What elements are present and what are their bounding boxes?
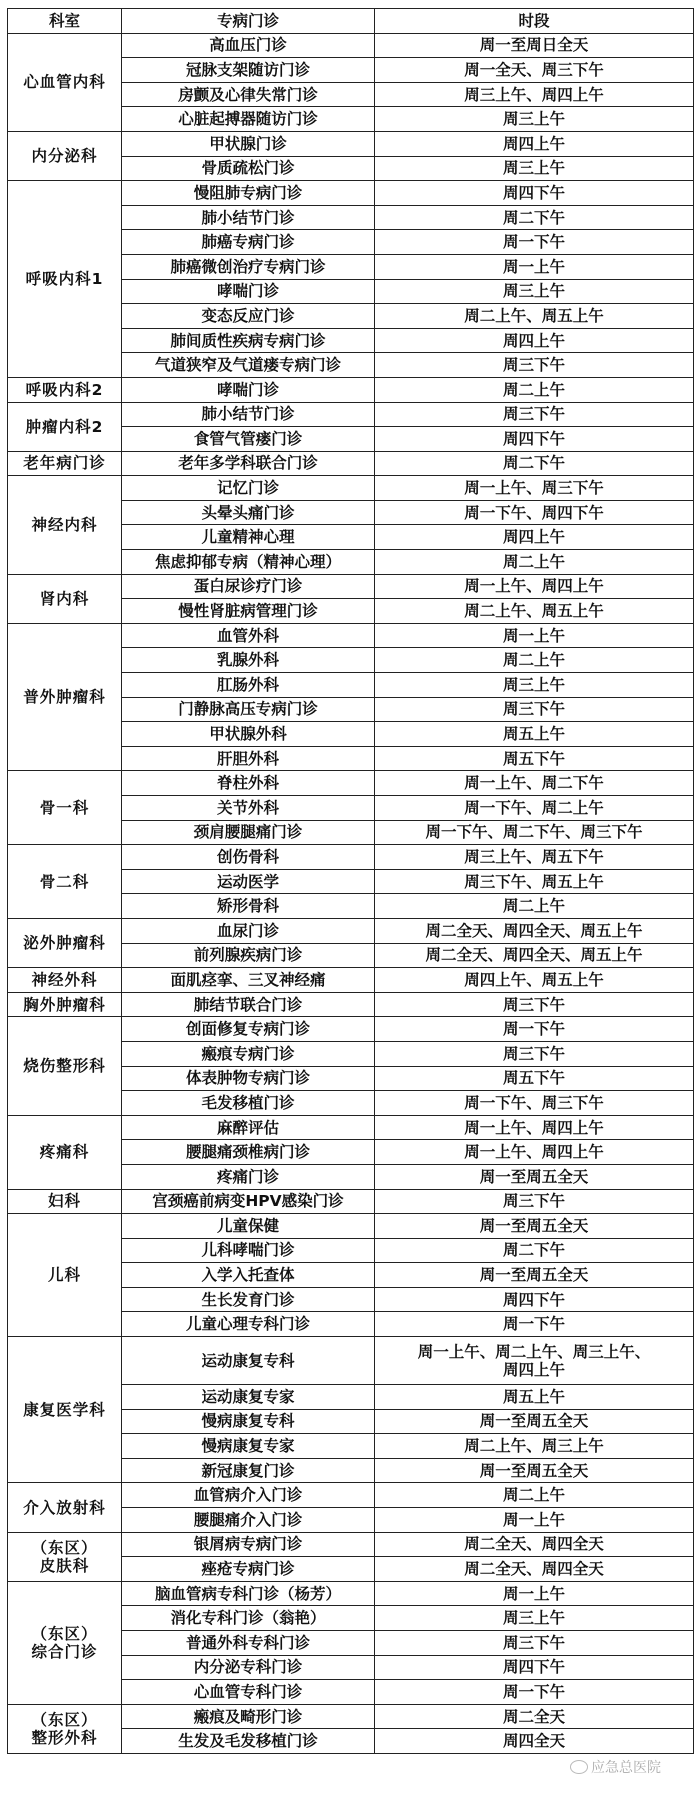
department-cell: 儿科 <box>8 1214 122 1337</box>
time-cell: 周一至周五全天 <box>375 1214 694 1239</box>
time-cell: 周一下午、周二下午、周三下午 <box>375 820 694 845</box>
table-row: 介入放射科血管病介入门诊周二上午 <box>8 1483 694 1508</box>
clinic-cell: 肺结节联合门诊 <box>122 992 375 1017</box>
clinic-schedule-table: 科室 专病门诊 时段 心血管内科高血压门诊周一至周日全天冠脉支架随访门诊周一全天… <box>7 8 694 1754</box>
table-row: 烧伤整形科创面修复专病门诊周一下午 <box>8 1017 694 1042</box>
clinic-cell: 矫形骨科 <box>122 894 375 919</box>
clinic-cell: 生发及毛发移植门诊 <box>122 1729 375 1754</box>
department-cell: 肾内科 <box>8 574 122 623</box>
clinic-cell: 颈肩腰腿痛门诊 <box>122 820 375 845</box>
clinic-cell: 儿科哮喘门诊 <box>122 1238 375 1263</box>
header-department: 科室 <box>8 9 122 34</box>
clinic-cell: 乳腺外科 <box>122 648 375 673</box>
clinic-cell: 新冠康复门诊 <box>122 1458 375 1483</box>
clinic-cell: 食管气管瘘门诊 <box>122 427 375 452</box>
time-cell: 周三下午 <box>375 353 694 378</box>
department-cell: 内分泌科 <box>8 131 122 180</box>
time-cell: 周一下午、周四下午 <box>375 500 694 525</box>
time-cell: 周二上午 <box>375 1483 694 1508</box>
clinic-cell: 高血压门诊 <box>122 33 375 58</box>
table-body: 心血管内科高血压门诊周一至周日全天冠脉支架随访门诊周一全天、周三下午房颤及心律失… <box>8 33 694 1753</box>
time-cell: 周五上午 <box>375 722 694 747</box>
department-cell: 康复医学科 <box>8 1337 122 1483</box>
department-cell: 疼痛科 <box>8 1115 122 1189</box>
department-cell: 介入放射科 <box>8 1483 122 1532</box>
table-row: 骨二科创伤骨科周三上午、周五下午 <box>8 845 694 870</box>
time-cell: 周二上午、周五上午 <box>375 304 694 329</box>
table-row: 骨一科脊柱外科周一上午、周二下午 <box>8 771 694 796</box>
time-cell: 周三上午 <box>375 156 694 181</box>
table-row: 普外肿瘤科血管外科周一上午 <box>8 623 694 648</box>
time-cell: 周四上午、周五上午 <box>375 968 694 993</box>
time-cell: 周五上午 <box>375 1385 694 1410</box>
time-cell: 周一下午 <box>375 230 694 255</box>
clinic-cell: 瘢痕及畸形门诊 <box>122 1704 375 1729</box>
clinic-cell: 慢病康复专家 <box>122 1434 375 1459</box>
header-clinic: 专病门诊 <box>122 9 375 34</box>
time-cell: 周二上午、周三上午 <box>375 1434 694 1459</box>
table-row: 神经内科记忆门诊周一上午、周三下午 <box>8 476 694 501</box>
time-cell: 周二全天、周四全天 <box>375 1557 694 1582</box>
time-cell: 周一上午、周四上午 <box>375 574 694 599</box>
time-cell: 周一上午、周四上午 <box>375 1115 694 1140</box>
clinic-cell: 儿童精神心理 <box>122 525 375 550</box>
clinic-cell: 肝胆外科 <box>122 746 375 771</box>
time-cell: 周一至周五全天 <box>375 1164 694 1189</box>
clinic-cell: 毛发移植门诊 <box>122 1091 375 1116</box>
clinic-cell: 宫颈癌前病变HPV感染门诊 <box>122 1189 375 1214</box>
clinic-cell: 肺癌专病门诊 <box>122 230 375 255</box>
time-cell: 周三上午、周五下午 <box>375 845 694 870</box>
table-row: 妇科宫颈癌前病变HPV感染门诊周三下午 <box>8 1189 694 1214</box>
time-cell: 周一上午、周三下午 <box>375 476 694 501</box>
time-cell: 周四下午 <box>375 1287 694 1312</box>
clinic-cell: 哮喘门诊 <box>122 377 375 402</box>
time-cell: 周四上午 <box>375 328 694 353</box>
department-cell: （东区）综合门诊 <box>8 1581 122 1704</box>
time-cell: 周二上午 <box>375 550 694 575</box>
clinic-cell: 痤疮专病门诊 <box>122 1557 375 1582</box>
clinic-cell: 血管病介入门诊 <box>122 1483 375 1508</box>
clinic-cell: 肛肠外科 <box>122 673 375 698</box>
time-cell: 周一全天、周三下午 <box>375 58 694 83</box>
time-cell: 周一上午、周二上午、周三上午、周四上午 <box>375 1337 694 1385</box>
time-cell: 周二上午 <box>375 894 694 919</box>
clinic-cell: 运动康复专家 <box>122 1385 375 1410</box>
department-cell: 呼吸内科2 <box>8 377 122 402</box>
time-cell: 周五下午 <box>375 1066 694 1091</box>
clinic-cell: 体表肿物专病门诊 <box>122 1066 375 1091</box>
clinic-cell: 骨质疏松门诊 <box>122 156 375 181</box>
time-cell: 周二上午 <box>375 377 694 402</box>
table-row: 肿瘤内科2肺小结节门诊周三下午 <box>8 402 694 427</box>
time-cell: 周一至周日全天 <box>375 33 694 58</box>
time-cell: 周三下午 <box>375 697 694 722</box>
watermark: 应急总医院 <box>570 1757 661 1777</box>
time-cell: 周三上午 <box>375 279 694 304</box>
clinic-cell: 消化专科门诊（翁艳） <box>122 1606 375 1631</box>
time-cell: 周一下午 <box>375 1017 694 1042</box>
clinic-cell: 哮喘门诊 <box>122 279 375 304</box>
department-cell: 肿瘤内科2 <box>8 402 122 451</box>
department-cell: 呼吸内科1 <box>8 181 122 378</box>
time-cell: 周二下午 <box>375 205 694 230</box>
clinic-cell: 心脏起搏器随访门诊 <box>122 107 375 132</box>
table-row: 康复医学科运动康复专科周一上午、周二上午、周三上午、周四上午 <box>8 1337 694 1385</box>
clinic-cell: 运动医学 <box>122 869 375 894</box>
clinic-cell: 焦虑抑郁专病（精神心理） <box>122 550 375 575</box>
department-cell: 老年病门诊 <box>8 451 122 476</box>
clinic-cell: 生长发育门诊 <box>122 1287 375 1312</box>
department-cell: 神经外科 <box>8 968 122 993</box>
time-cell: 周一上午 <box>375 1581 694 1606</box>
time-cell: 周一下午 <box>375 1680 694 1705</box>
clinic-cell: 蛋白尿诊疗门诊 <box>122 574 375 599</box>
clinic-cell: 冠脉支架随访门诊 <box>122 58 375 83</box>
clinic-cell: 银屑病专病门诊 <box>122 1532 375 1557</box>
table-row: 心血管内科高血压门诊周一至周日全天 <box>8 33 694 58</box>
department-cell: 妇科 <box>8 1189 122 1214</box>
time-cell: 周一上午 <box>375 623 694 648</box>
table-row: 疼痛科麻醉评估周一上午、周四上午 <box>8 1115 694 1140</box>
department-cell: 骨二科 <box>8 845 122 919</box>
time-cell: 周一下午、周三下午 <box>375 1091 694 1116</box>
clinic-cell: 气道狭窄及气道瘘专病门诊 <box>122 353 375 378</box>
time-cell: 周二上午 <box>375 648 694 673</box>
table-row: 泌外肿瘤科血尿门诊周二全天、周四全天、周五上午 <box>8 918 694 943</box>
table-row: 内分泌科甲状腺门诊周四上午 <box>8 131 694 156</box>
department-cell: 泌外肿瘤科 <box>8 918 122 967</box>
clinic-cell: 肺癌微创治疗专病门诊 <box>122 254 375 279</box>
time-cell: 周四下午 <box>375 1655 694 1680</box>
clinic-cell: 房颤及心律失常门诊 <box>122 82 375 107</box>
time-cell: 周五下午 <box>375 746 694 771</box>
clinic-cell: 肺小结节门诊 <box>122 402 375 427</box>
time-cell: 周二全天、周四全天、周五上午 <box>375 918 694 943</box>
table-row: 胸外肿瘤科肺结节联合门诊周三下午 <box>8 992 694 1017</box>
department-cell: 烧伤整形科 <box>8 1017 122 1115</box>
clinic-cell: 疼痛门诊 <box>122 1164 375 1189</box>
time-cell: 周二全天、周四全天、周五上午 <box>375 943 694 968</box>
time-cell: 周三上午 <box>375 107 694 132</box>
table-row: 呼吸内科2哮喘门诊周二上午 <box>8 377 694 402</box>
time-cell: 周二下午 <box>375 1238 694 1263</box>
clinic-cell: 瘢痕专病门诊 <box>122 1041 375 1066</box>
time-cell: 周三下午 <box>375 992 694 1017</box>
time-cell: 周四下午 <box>375 181 694 206</box>
clinic-cell: 变态反应门诊 <box>122 304 375 329</box>
clinic-cell: 前列腺疾病门诊 <box>122 943 375 968</box>
time-cell: 周四上午 <box>375 525 694 550</box>
time-cell: 周一下午、周二上午 <box>375 796 694 821</box>
time-cell: 周三下午 <box>375 1631 694 1656</box>
header-time: 时段 <box>375 9 694 34</box>
clinic-cell: 脑血管病专科门诊（杨芳） <box>122 1581 375 1606</box>
clinic-cell: 运动康复专科 <box>122 1337 375 1385</box>
clinic-cell: 肺间质性疾病专病门诊 <box>122 328 375 353</box>
wechat-icon <box>570 1760 588 1774</box>
time-cell: 周四下午 <box>375 427 694 452</box>
time-cell: 周二全天 <box>375 1704 694 1729</box>
clinic-cell: 慢性肾脏病管理门诊 <box>122 599 375 624</box>
table-row: 儿科儿童保健周一至周五全天 <box>8 1214 694 1239</box>
clinic-cell: 关节外科 <box>122 796 375 821</box>
department-cell: 骨一科 <box>8 771 122 845</box>
time-cell: 周一下午 <box>375 1312 694 1337</box>
table-row: （东区）综合门诊脑血管病专科门诊（杨芳）周一上午 <box>8 1581 694 1606</box>
clinic-cell: 血尿门诊 <box>122 918 375 943</box>
clinic-cell: 慢病康复专科 <box>122 1409 375 1434</box>
time-cell: 周四上午 <box>375 131 694 156</box>
clinic-cell: 脊柱外科 <box>122 771 375 796</box>
time-cell: 周二全天、周四全天 <box>375 1532 694 1557</box>
time-cell: 周三下午、周五上午 <box>375 869 694 894</box>
department-cell: 胸外肿瘤科 <box>8 992 122 1017</box>
time-cell: 周三下午 <box>375 402 694 427</box>
clinic-cell: 甲状腺外科 <box>122 722 375 747</box>
table-row: 老年病门诊老年多学科联合门诊周二下午 <box>8 451 694 476</box>
clinic-cell: 儿童心理专科门诊 <box>122 1312 375 1337</box>
clinic-cell: 肺小结节门诊 <box>122 205 375 230</box>
department-cell: （东区）皮肤科 <box>8 1532 122 1581</box>
time-cell: 周二上午、周五上午 <box>375 599 694 624</box>
clinic-cell: 面肌痉挛、三叉神经痛 <box>122 968 375 993</box>
department-cell: 神经内科 <box>8 476 122 574</box>
clinic-cell: 创伤骨科 <box>122 845 375 870</box>
clinic-cell: 普通外科专科门诊 <box>122 1631 375 1656</box>
time-cell: 周三下午 <box>375 1041 694 1066</box>
clinic-cell: 腰腿痛颈椎病门诊 <box>122 1140 375 1165</box>
clinic-cell: 腰腿痛介入门诊 <box>122 1508 375 1533</box>
department-cell: （东区）整形外科 <box>8 1704 122 1753</box>
time-cell: 周一至周五全天 <box>375 1409 694 1434</box>
time-cell: 周四全天 <box>375 1729 694 1754</box>
clinic-cell: 头晕头痛门诊 <box>122 500 375 525</box>
department-cell: 心血管内科 <box>8 33 122 131</box>
table-row: 呼吸内科1慢阻肺专病门诊周四下午 <box>8 181 694 206</box>
time-cell: 周二下午 <box>375 451 694 476</box>
time-cell: 周一至周五全天 <box>375 1458 694 1483</box>
time-cell: 周一上午 <box>375 1508 694 1533</box>
time-cell: 周三上午、周四上午 <box>375 82 694 107</box>
time-cell: 周一上午 <box>375 254 694 279</box>
clinic-cell: 创面修复专病门诊 <box>122 1017 375 1042</box>
clinic-cell: 记忆门诊 <box>122 476 375 501</box>
table-row: （东区）整形外科瘢痕及畸形门诊周二全天 <box>8 1704 694 1729</box>
department-cell: 普外肿瘤科 <box>8 623 122 771</box>
watermark-text: 应急总医院 <box>591 1757 661 1777</box>
clinic-cell: 心血管专科门诊 <box>122 1680 375 1705</box>
time-cell: 周三上午 <box>375 1606 694 1631</box>
table-row: 神经外科面肌痉挛、三叉神经痛周四上午、周五上午 <box>8 968 694 993</box>
clinic-cell: 入学入托查体 <box>122 1263 375 1288</box>
time-cell: 周一上午、周二下午 <box>375 771 694 796</box>
clinic-cell: 血管外科 <box>122 623 375 648</box>
clinic-cell: 甲状腺门诊 <box>122 131 375 156</box>
clinic-cell: 儿童保健 <box>122 1214 375 1239</box>
time-cell: 周三上午 <box>375 673 694 698</box>
time-cell: 周一至周五全天 <box>375 1263 694 1288</box>
clinic-cell: 老年多学科联合门诊 <box>122 451 375 476</box>
time-cell: 周三下午 <box>375 1189 694 1214</box>
clinic-cell: 慢阻肺专病门诊 <box>122 181 375 206</box>
table-header-row: 科室 专病门诊 时段 <box>8 9 694 34</box>
table-row: 肾内科蛋白尿诊疗门诊周一上午、周四上午 <box>8 574 694 599</box>
clinic-cell: 麻醉评估 <box>122 1115 375 1140</box>
clinic-cell: 门静脉高压专病门诊 <box>122 697 375 722</box>
time-cell: 周一上午、周四上午 <box>375 1140 694 1165</box>
clinic-cell: 内分泌专科门诊 <box>122 1655 375 1680</box>
table-row: （东区）皮肤科银屑病专病门诊周二全天、周四全天 <box>8 1532 694 1557</box>
